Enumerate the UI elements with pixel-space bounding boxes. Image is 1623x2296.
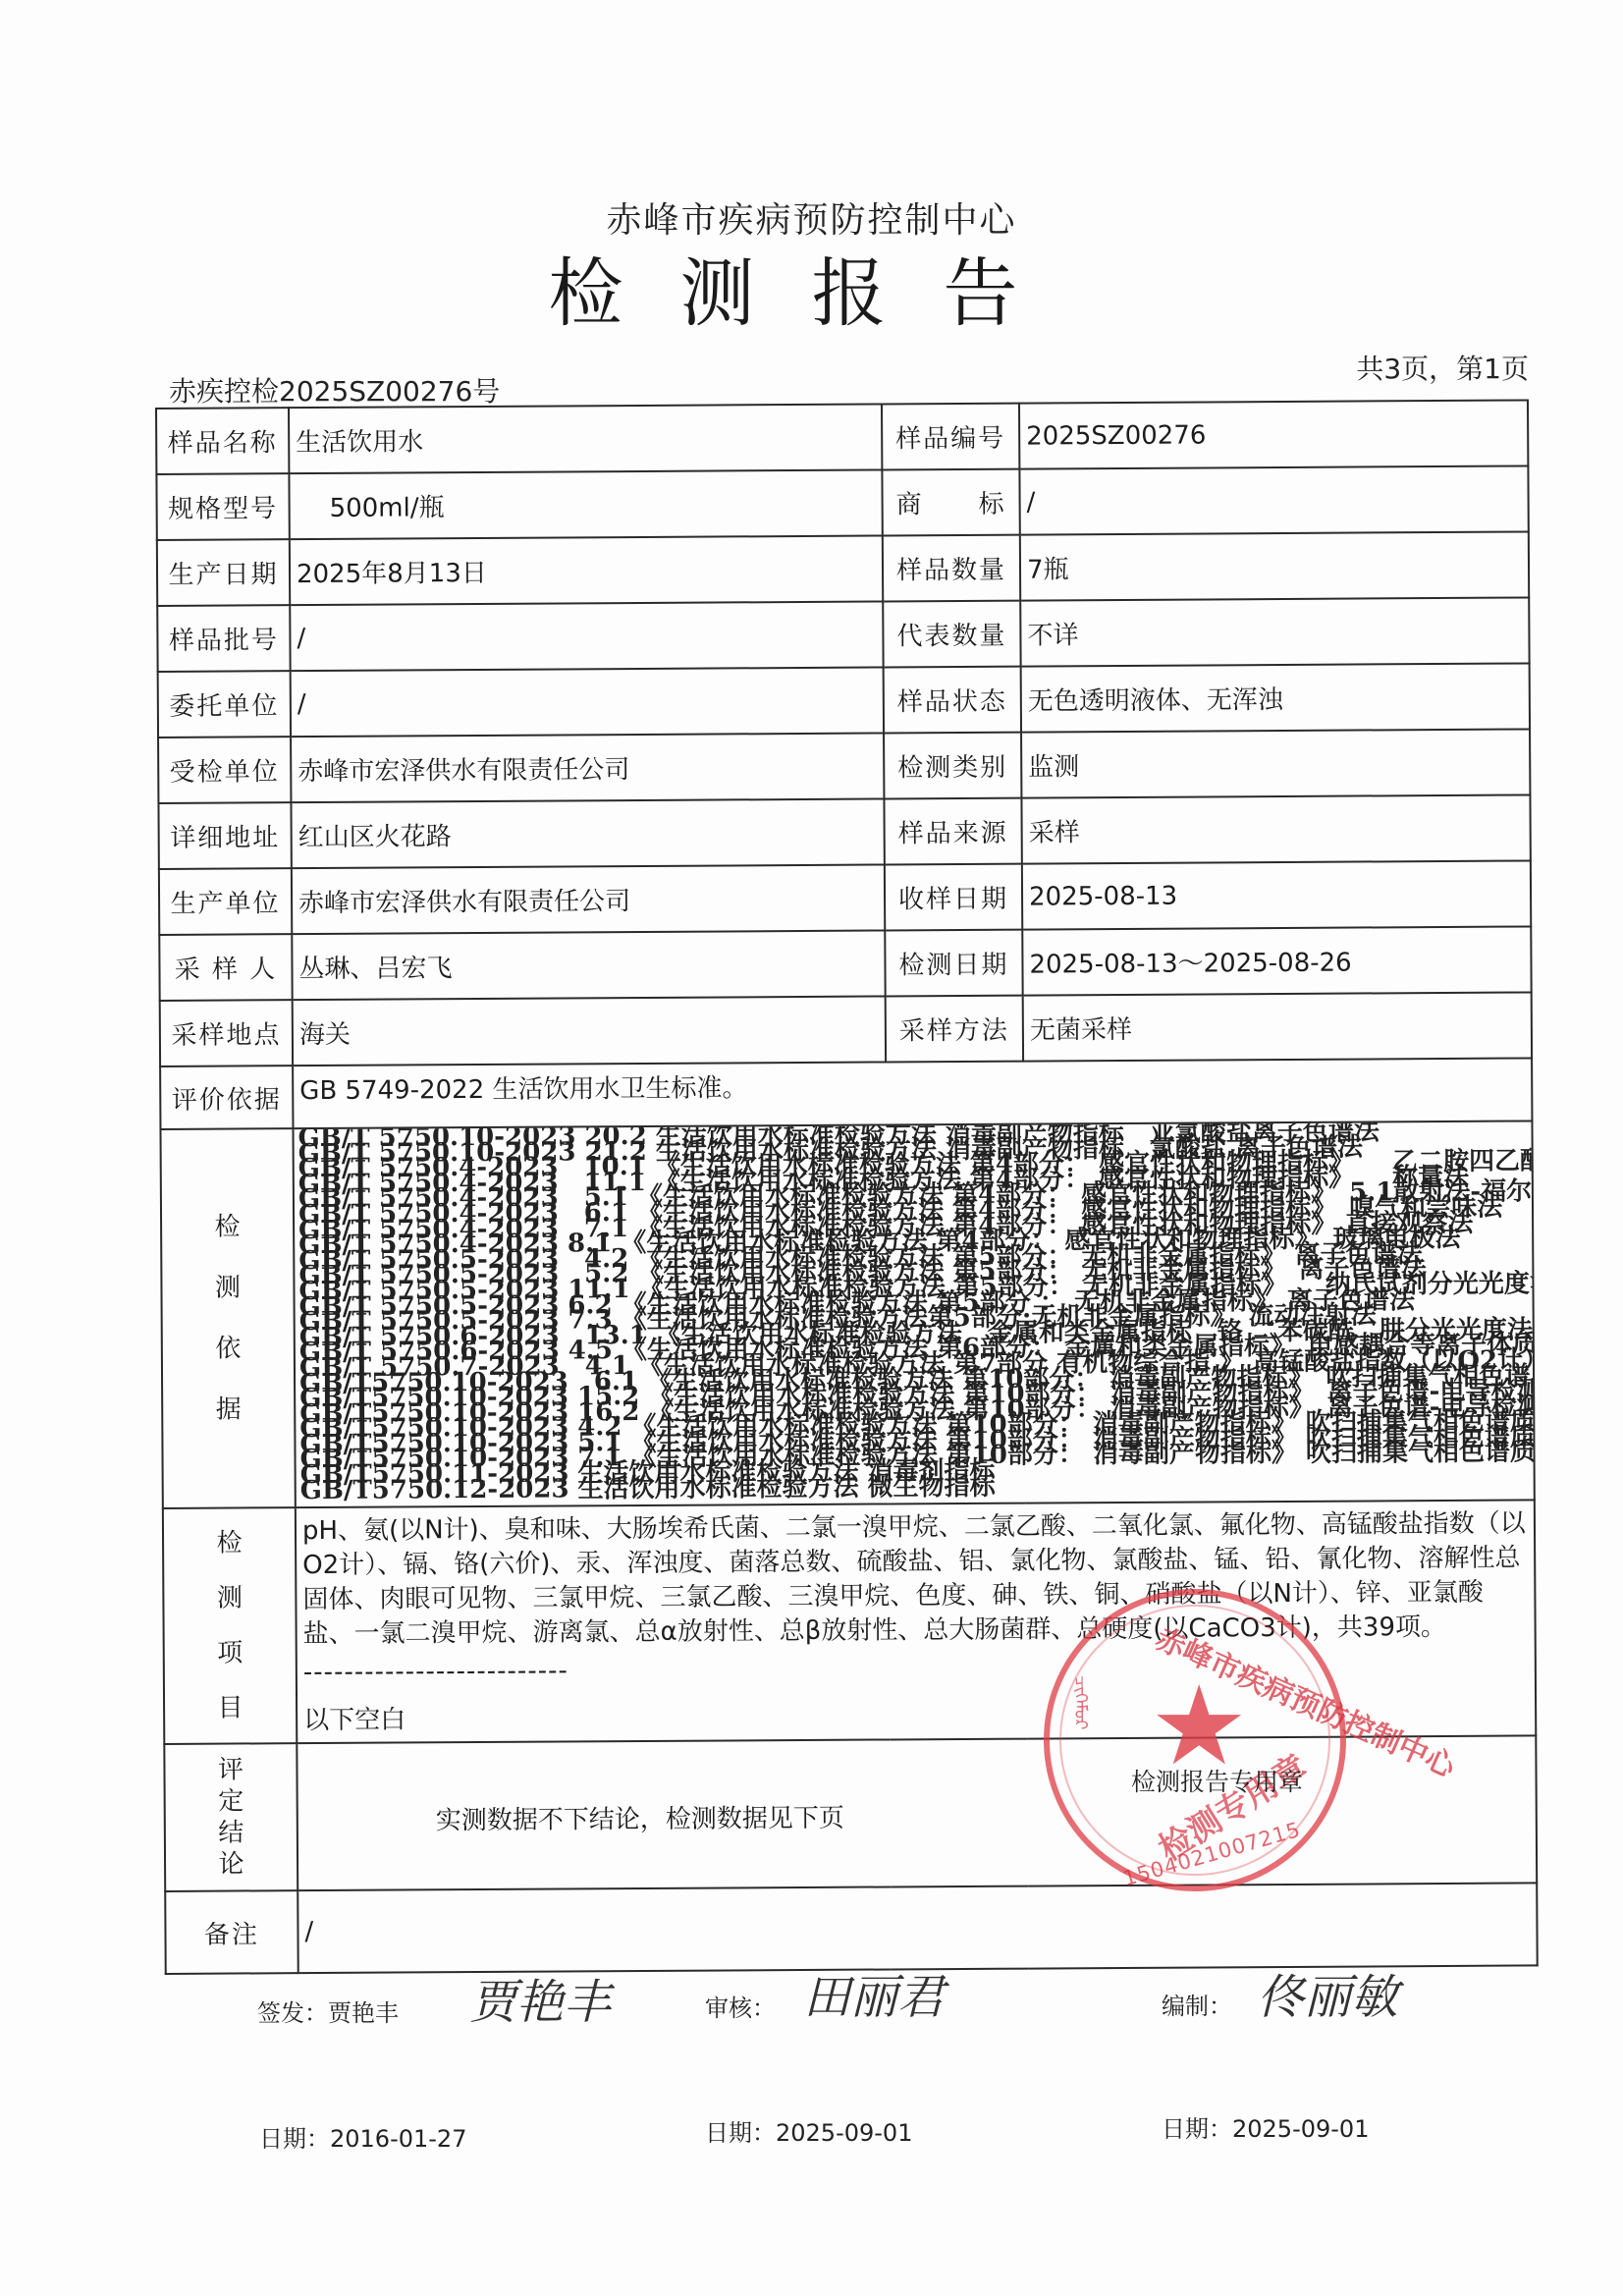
value-receive-date: 2025-08-13 xyxy=(1022,860,1531,929)
value-sampling-site: 海关 xyxy=(293,996,886,1066)
row-sampler: 采 样 人 丛琳、吕宏飞 检测日期 2025-08-13～2025-08-26 xyxy=(159,926,1531,1001)
label-char: 结 xyxy=(172,1817,291,1849)
label-sample-qty: 样品数量 xyxy=(883,535,1020,602)
label-sample-state: 样品状态 xyxy=(884,667,1021,734)
value-sample-state: 无色透明液体、无浑浊 xyxy=(1021,663,1530,732)
label-conclusion: 评 定 结 论 xyxy=(164,1743,298,1891)
label-test-date: 检测日期 xyxy=(885,930,1022,997)
label-client: 委托单位 xyxy=(158,671,291,738)
value-production-date: 2025年8月13日 xyxy=(290,535,883,605)
label-inspected-unit: 受检单位 xyxy=(158,737,291,803)
separator-line: -------------------------- xyxy=(303,1648,1529,1690)
row-test-basis: 检 测 依 据 GB/T 5750.10-2023 20.2 生活饮用水标准检验… xyxy=(160,1121,1534,1508)
value-batch-no: / xyxy=(290,601,883,671)
label-sampler: 采 样 人 xyxy=(159,934,292,1001)
label-char: 论 xyxy=(172,1848,291,1881)
row-producer: 生产单位 赤峰市宏泽供水有限责任公司 收样日期 2025-08-13 xyxy=(159,860,1531,935)
label-char: 检 xyxy=(168,1196,287,1258)
issuer-signature: 贾艳丰 xyxy=(469,1964,611,2032)
label-char: 项 xyxy=(171,1625,290,1681)
label-sample-no: 样品编号 xyxy=(882,404,1019,470)
conclusion-text: 实测数据不下结论，检测数据见下页 xyxy=(297,1735,1537,1890)
row-sample-name: 样品名称 生活饮用水 样品编号 2025SZ00276 xyxy=(156,400,1528,474)
label-address: 详细地址 xyxy=(158,802,291,869)
label-sample-source: 样品来源 xyxy=(884,798,1021,865)
label-char: 依 xyxy=(169,1318,288,1380)
label-char: 评 xyxy=(171,1754,290,1786)
compiler-label: 编制： xyxy=(1162,1987,1232,2021)
reviewer-date: 日期：2025-09-01 xyxy=(705,2113,912,2148)
value-sampling-method: 无菌采样 xyxy=(1023,992,1532,1061)
value-evaluation-basis: GB 5749-2022 生活饮用水卫生标准。 xyxy=(293,1058,1532,1128)
official-seal: ᠴᠢᠭᠡᠮᠦᠷ 赤峰市疾病预防控制中心 ★ 检测专用章 150402100721… xyxy=(1044,1589,1346,1891)
label-represent-qty: 代表数量 xyxy=(883,601,1020,668)
test-method-line: GB/T5750.12-2023 生活饮用水标准检验方法 微生物指标 xyxy=(300,1476,1530,1499)
label-char: 测 xyxy=(170,1570,289,1626)
value-sample-source: 采样 xyxy=(1021,794,1530,863)
value-address: 红山区火花路 xyxy=(291,798,884,868)
value-client: / xyxy=(291,667,884,737)
row-sampling-site: 采样地点 海关 采样方法 无菌采样 xyxy=(160,992,1532,1066)
label-sample-name: 样品名称 xyxy=(156,408,289,474)
stamp-overlay-label: 检测报告专用章 xyxy=(1131,1763,1303,1798)
label-test-items: 检 测 项 目 xyxy=(163,1507,297,1744)
label-sampling-site: 采样地点 xyxy=(160,1000,293,1066)
label-receive-date: 收样日期 xyxy=(885,864,1022,931)
label-char: 定 xyxy=(172,1785,291,1818)
value-brand: / xyxy=(1019,465,1528,534)
test-methods-list: GB/T 5750.10-2023 20.2 生活饮用水标准检验方法 消毒副产物… xyxy=(293,1121,1534,1507)
row-spec: 规格型号 500ml/瓶 商 标 / xyxy=(156,465,1528,540)
report-number: 赤疾控检2025SZ00276号 xyxy=(169,370,500,410)
row-production-date: 生产日期 2025年8月13日 样品数量 7瓶 xyxy=(157,531,1529,606)
value-spec: 500ml/瓶 xyxy=(289,469,882,539)
label-char: 目 xyxy=(171,1680,290,1736)
value-sample-no: 2025SZ00276 xyxy=(1019,400,1528,468)
value-test-date: 2025-08-13～2025-08-26 xyxy=(1022,926,1531,995)
issuer-label: 签发：贾艳丰 xyxy=(257,1994,399,2028)
value-represent-qty: 不详 xyxy=(1020,597,1529,666)
value-inspected-unit: 赤峰市宏泽供水有限责任公司 xyxy=(291,733,884,802)
label-batch-no: 样品批号 xyxy=(157,605,290,672)
reviewer-label: 审核： xyxy=(705,1989,776,2023)
value-producer: 赤峰市宏泽供水有限责任公司 xyxy=(292,864,885,934)
star-icon: ★ xyxy=(1150,1677,1248,1776)
label-char: 检 xyxy=(170,1515,289,1571)
label-brand: 商 标 xyxy=(882,469,1019,536)
label-evaluation-basis: 评价依据 xyxy=(160,1066,293,1129)
label-producer: 生产单位 xyxy=(159,868,292,935)
row-evaluation-basis: 评价依据 GB 5749-2022 生活饮用水卫生标准。 xyxy=(160,1058,1532,1129)
compiler-date: 日期：2025-09-01 xyxy=(1162,2109,1369,2144)
row-address: 详细地址 红山区火花路 样品来源 采样 xyxy=(158,794,1530,869)
label-test-basis: 检 测 依 据 xyxy=(160,1128,295,1508)
value-test-category: 监测 xyxy=(1021,729,1530,797)
label-char: 据 xyxy=(169,1379,288,1441)
compiler-signature: 佟丽敏 xyxy=(1257,1959,1398,2027)
page-info: 共3页，第1页 xyxy=(1356,348,1529,387)
reviewer-signature: 田丽君 xyxy=(803,1959,945,2027)
row-client: 委托单位 / 样品状态 无色透明液体、无浑浊 xyxy=(158,663,1530,738)
test-items-text: pH、氨(以N计)、臭和味、大肠埃希氏菌、二氯一溴甲烷、二氯乙酸、二氧化氯、氟化… xyxy=(302,1506,1529,1652)
report-title: 检测报告 xyxy=(0,234,1623,341)
row-inspected-unit: 受检单位 赤峰市宏泽供水有限责任公司 检测类别 监测 xyxy=(158,729,1530,803)
label-test-category: 检测类别 xyxy=(884,733,1021,799)
issuer-date: 日期：2016-01-27 xyxy=(259,2119,466,2154)
label-spec: 规格型号 xyxy=(156,473,289,540)
label-production-date: 生产日期 xyxy=(157,539,290,606)
row-batch-no: 样品批号 / 代表数量 不详 xyxy=(157,597,1529,672)
value-sample-qty: 7瓶 xyxy=(1020,531,1529,600)
value-sample-name: 生活饮用水 xyxy=(289,404,882,473)
value-sampler: 丛琳、吕宏飞 xyxy=(292,930,885,1000)
label-char: 测 xyxy=(168,1257,287,1319)
label-sampling-method: 采样方法 xyxy=(886,996,1023,1063)
label-remarks: 备注 xyxy=(165,1890,298,1974)
seal-mongolian-script: ᠴᠢᠭᠡᠮᠦᠷ xyxy=(1065,1675,1105,1823)
